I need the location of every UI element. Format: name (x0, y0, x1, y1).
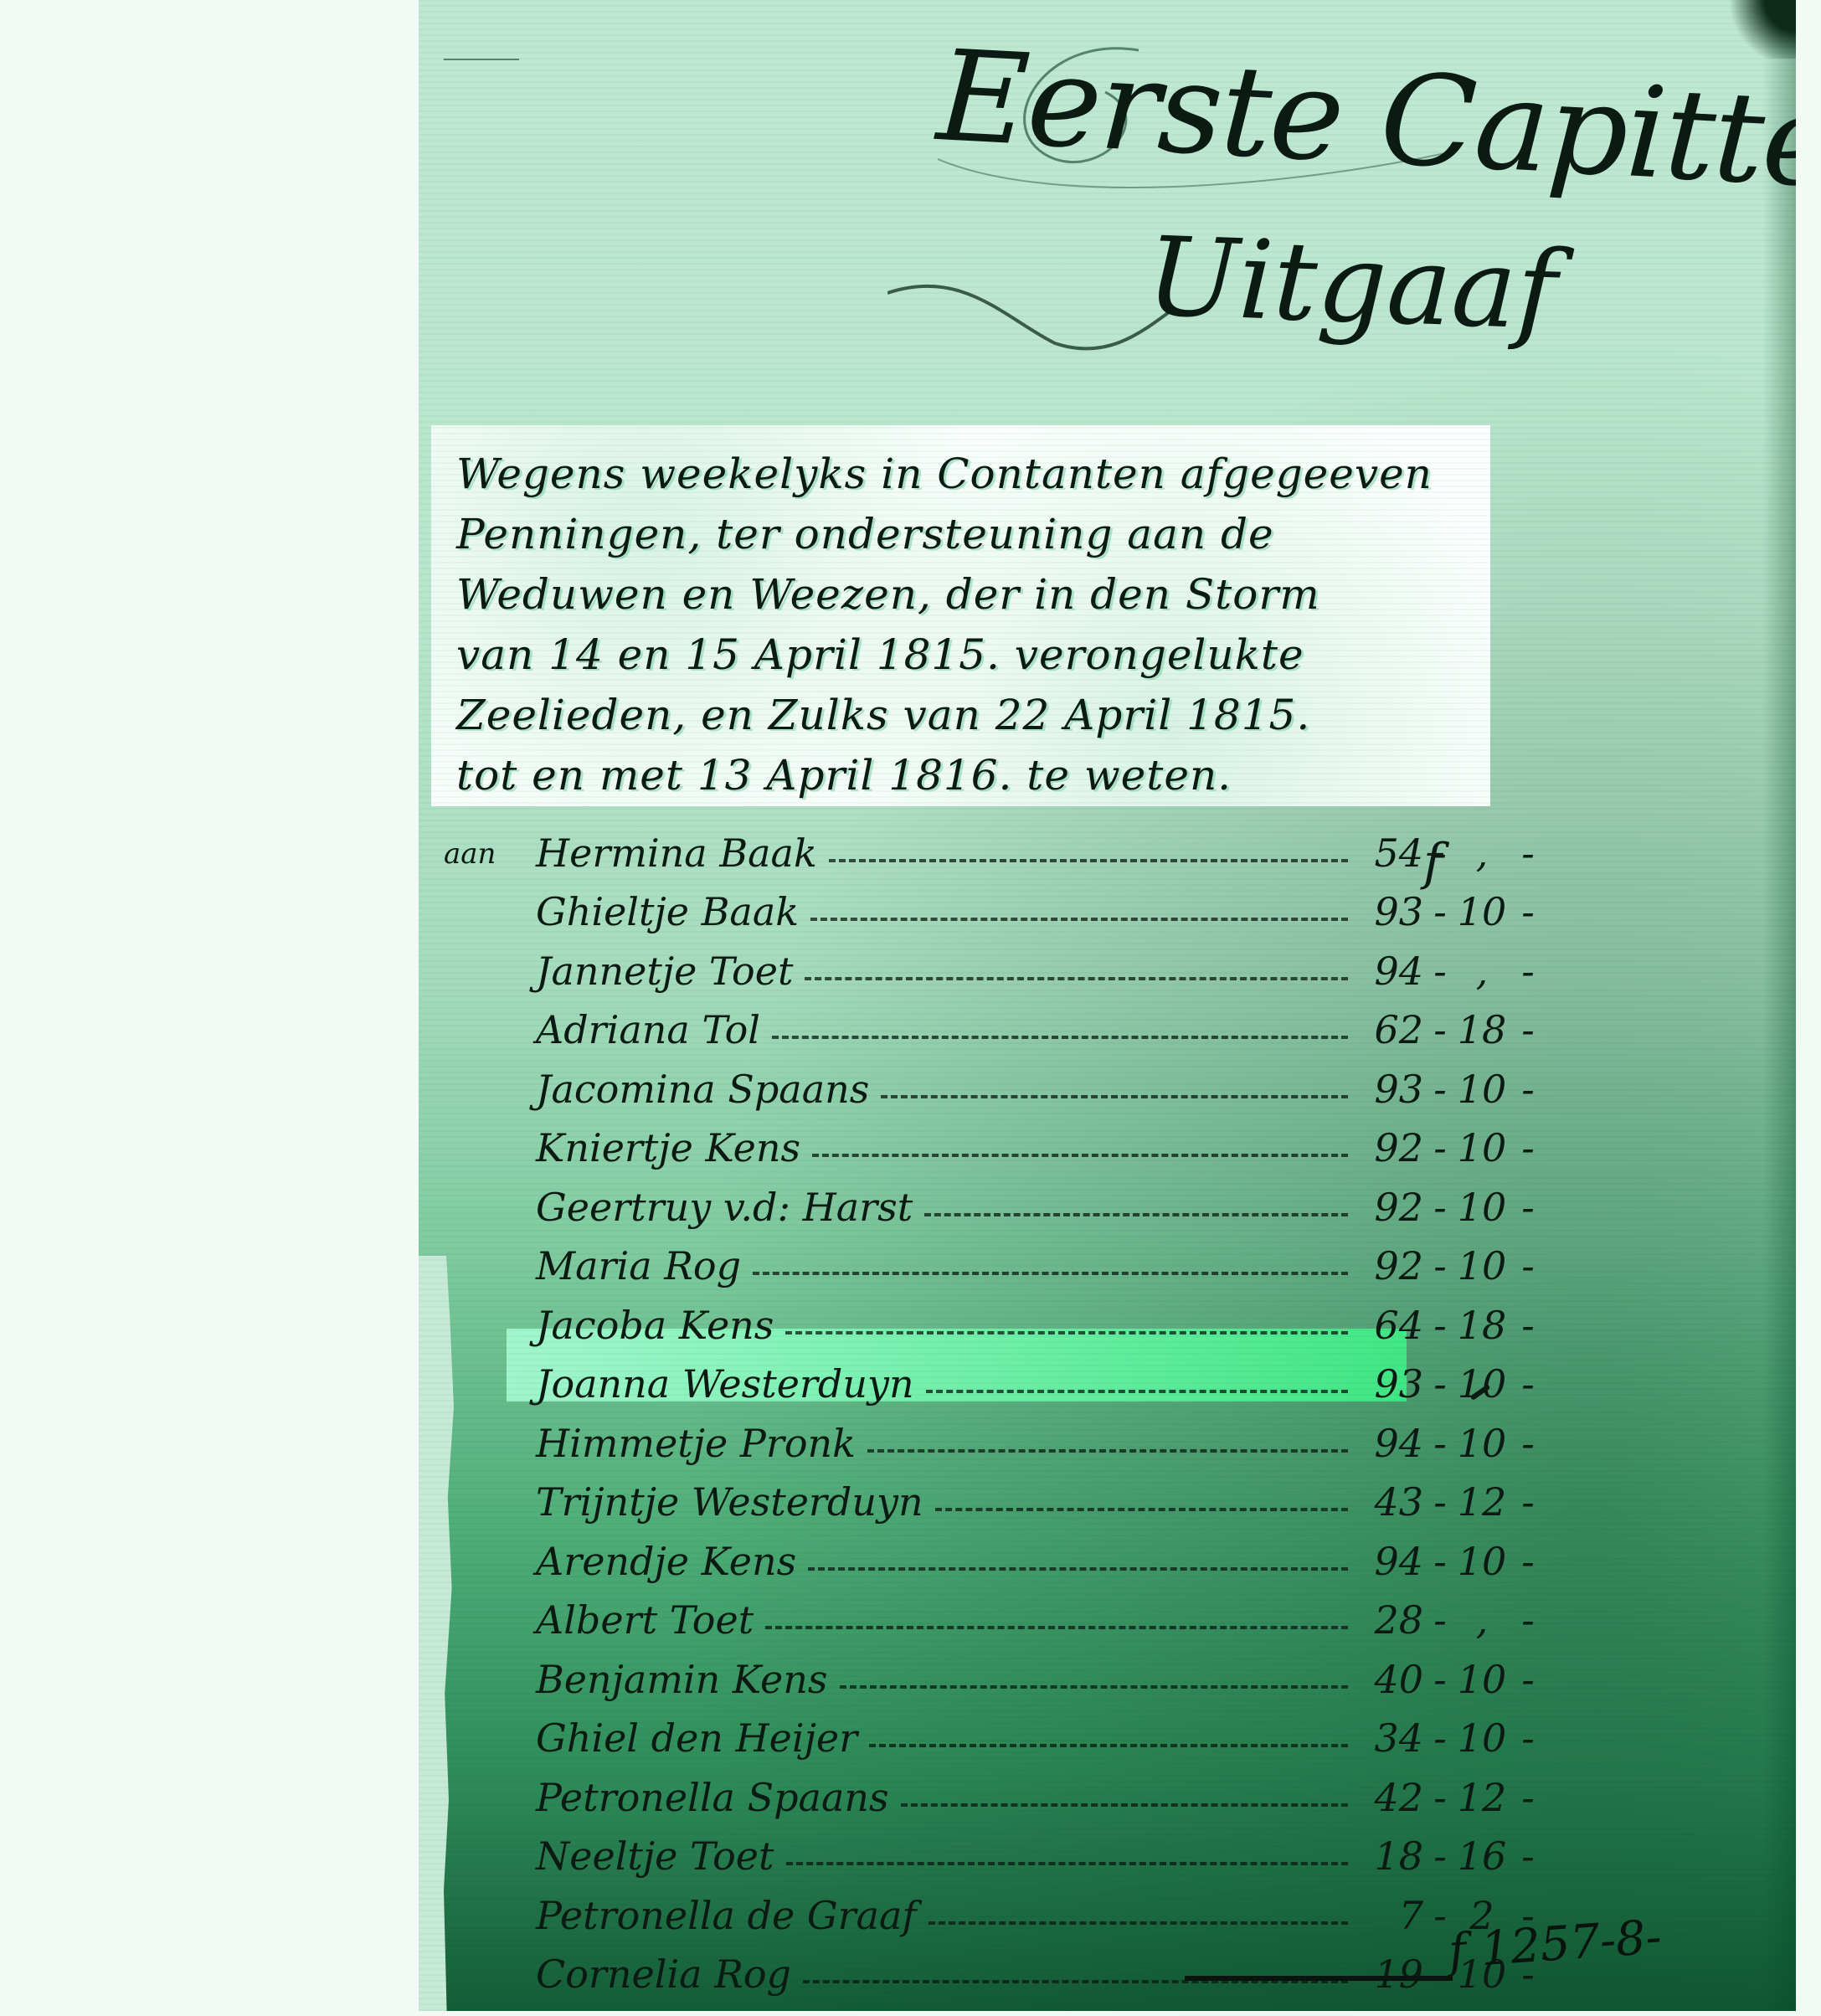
ledger-row: Jacomina Spaans93-10- (444, 1061, 1574, 1120)
recipient-name: Benjamin Kens (536, 1657, 828, 1710)
row-prefix (444, 1815, 502, 1828)
intro-line: Wegens weekelyks in Contanten afgegeeven (456, 444, 1465, 504)
amount-guilders: 28 (1356, 1597, 1423, 1643)
row-prefix (444, 1283, 502, 1297)
amount-separator: - (1423, 1361, 1457, 1407)
recipient-name: Adriana Tol (536, 1007, 760, 1061)
page-corner-shadow (1729, 0, 1796, 59)
row-prefix (444, 989, 502, 1002)
dotted-leader (808, 1567, 1348, 1571)
amount-guilders: 19 (1356, 1952, 1423, 1997)
dotted-leader (765, 1626, 1348, 1629)
amount: 34-10- (1356, 1715, 1574, 1769)
total-rule (1185, 1976, 1453, 1981)
amount-end-dash: - (1507, 949, 1549, 994)
amount-guilders: 92 (1356, 1243, 1423, 1288)
dotted-leader (901, 1803, 1348, 1807)
row-prefix (444, 1461, 502, 1474)
ledger-row: Geertruy v.d: Harst92-10- (444, 1179, 1574, 1238)
intro-line: tot en met 13 April 1816. te weten. (456, 745, 1465, 805)
amount-end-dash: - (1507, 1125, 1549, 1170)
amount-stuivers: , (1457, 831, 1507, 876)
amount-stuivers: , (1457, 1597, 1507, 1643)
recipient-name: Petronella de Graaf (536, 1893, 917, 1947)
amount-separator: - (1423, 1421, 1457, 1466)
amount-end-dash: - (1507, 1303, 1549, 1348)
row-prefix (444, 1638, 502, 1651)
ledger-row: Arendje Kens94-10- (444, 1533, 1574, 1592)
amount: 94-,- (1356, 949, 1574, 1002)
amount-stuivers: , (1457, 949, 1507, 994)
amount: 54-,- (1356, 831, 1574, 884)
intro-line: Zeelieden, en Zulks van 22 April 1815. (456, 685, 1465, 745)
dotted-leader (772, 1036, 1348, 1039)
amount: 93-10- (1356, 1361, 1574, 1415)
amount-separator: - (1423, 1833, 1457, 1879)
amount-stuivers: 16 (1457, 1833, 1507, 1879)
dotted-leader (805, 977, 1348, 980)
amount-stuivers: 10 (1457, 1067, 1507, 1112)
amount-separator: - (1423, 831, 1457, 876)
amount: 93-10- (1356, 1067, 1574, 1120)
dotted-leader (810, 918, 1348, 921)
amount-separator: - (1423, 1775, 1457, 1820)
ledger-row: Ghieltje Baak93-10- (444, 884, 1574, 944)
amount-separator: - (1423, 1715, 1457, 1761)
recipient-name: Geertruy v.d: Harst (536, 1185, 913, 1238)
amount-end-dash: - (1507, 1243, 1549, 1288)
amount-stuivers: 18 (1457, 1007, 1507, 1052)
amount-separator: - (1423, 1007, 1457, 1052)
amount: 64-18- (1356, 1303, 1574, 1356)
amount-end-dash: - (1507, 1715, 1549, 1761)
ledger-row: Petronella Spaans42-12- (444, 1769, 1574, 1828)
amount: 43-12- (1356, 1479, 1574, 1533)
dotted-leader (881, 1095, 1348, 1098)
amount-guilders: 64 (1356, 1303, 1423, 1348)
amount-separator: - (1423, 1185, 1457, 1230)
amount-stuivers: 10 (1457, 889, 1507, 934)
amount-separator: - (1423, 889, 1457, 934)
recipient-name: Joanna Westerduyn (536, 1361, 914, 1415)
margin-rule (444, 59, 519, 60)
recipient-name: Arendje Kens (536, 1539, 796, 1592)
dotted-leader (786, 1862, 1348, 1865)
ledger-row: Joanna Westerduyn93-10- (444, 1356, 1574, 1416)
dotted-leader (926, 1390, 1348, 1393)
row-prefix (444, 1579, 502, 1592)
amount-separator: - (1423, 1243, 1457, 1288)
amount: 92-10- (1356, 1185, 1574, 1238)
dotted-leader (924, 1213, 1348, 1216)
ledger-row: Adriana Tol62-18- (444, 1002, 1574, 1062)
ledger-row: Kniertje Kens92-10- (444, 1120, 1574, 1180)
row-prefix (444, 1225, 502, 1238)
amount-guilders: 34 (1356, 1715, 1423, 1761)
ledger-row: Benjamin Kens40-10- (444, 1651, 1574, 1710)
ledger-row: Trijntje Westerduyn43-12- (444, 1474, 1574, 1534)
recipient-name: Himmetje Pronk (536, 1421, 856, 1474)
ledger-row: Petronella de Graaf7-2- (444, 1887, 1574, 1947)
recipient-name: Maria Rog (536, 1243, 741, 1297)
row-prefix (444, 1756, 502, 1769)
amount-end-dash: - (1507, 1007, 1549, 1052)
amount-guilders: 92 (1356, 1185, 1423, 1230)
row-prefix (444, 1165, 502, 1179)
amount-end-dash: - (1507, 1421, 1549, 1466)
amount-stuivers: 10 (1457, 1715, 1507, 1761)
amount-guilders: 93 (1356, 889, 1423, 934)
recipient-name: Hermina Baak (536, 831, 817, 884)
amount-guilders: 94 (1356, 949, 1423, 994)
amount-end-dash: - (1507, 1657, 1549, 1702)
amount-end-dash: - (1507, 1833, 1549, 1879)
amount-separator: - (1423, 1125, 1457, 1170)
dotted-leader (753, 1272, 1348, 1275)
amount-guilders: 7 (1356, 1893, 1423, 1938)
dotted-leader (840, 1685, 1348, 1689)
amount-guilders: 94 (1356, 1539, 1423, 1584)
amount-separator: - (1423, 1657, 1457, 1702)
amount-stuivers: 18 (1457, 1303, 1507, 1348)
dotted-leader (785, 1331, 1348, 1335)
dotted-leader (929, 1921, 1349, 1925)
amount-guilders: 93 (1356, 1361, 1423, 1407)
amount: 18-16- (1356, 1833, 1574, 1887)
amount: 28-,- (1356, 1597, 1574, 1651)
ledger-row: Albert Toet28-,- (444, 1592, 1574, 1652)
dotted-leader (869, 1744, 1348, 1747)
amount-guilders: 18 (1356, 1833, 1423, 1879)
amount-end-dash: - (1507, 1597, 1549, 1643)
amount: 62-18- (1356, 1007, 1574, 1061)
amount-end-dash: - (1507, 889, 1549, 934)
ledger-row: Neeltje Toet18-16- (444, 1828, 1574, 1888)
recipient-name: Albert Toet (536, 1597, 754, 1651)
amount-guilders: 62 (1356, 1007, 1423, 1052)
amount-end-dash: - (1507, 831, 1549, 876)
amount-guilders: 43 (1356, 1479, 1423, 1525)
recipient-name: Ghieltje Baak (536, 889, 799, 943)
row-prefix (444, 1343, 502, 1356)
amount-end-dash: - (1507, 1539, 1549, 1584)
amount-separator: - (1423, 1539, 1457, 1584)
amount-separator: - (1423, 1597, 1457, 1643)
ledger-row: Jacoba Kens64-18- (444, 1297, 1574, 1356)
ledger-row: aanHermina Baak54-,- (444, 825, 1574, 884)
recipient-name: Cornelia Rog (536, 1952, 791, 2005)
row-prefix (444, 1107, 502, 1120)
amount-stuivers: 10 (1457, 1243, 1507, 1288)
row-prefix (444, 1933, 502, 1947)
row-prefix: aan (444, 837, 502, 884)
intro-line: Penningen, ter ondersteuning aan de (456, 504, 1465, 564)
amount-separator: - (1423, 949, 1457, 994)
amount: 40-10- (1356, 1657, 1574, 1710)
row-prefix (444, 1992, 502, 2005)
manuscript-page: Eerste Capittel van den Uitgaaf Wegens w… (419, 0, 1796, 2011)
amount-stuivers: 12 (1457, 1479, 1507, 1525)
amount: 92-10- (1356, 1243, 1574, 1297)
amount-separator: - (1423, 1067, 1457, 1112)
ledger-row: Maria Rog92-10- (444, 1238, 1574, 1298)
amount-stuivers: 10 (1457, 1125, 1507, 1170)
amount: 93-10- (1356, 889, 1574, 943)
amount-stuivers: 12 (1457, 1775, 1507, 1820)
recipient-name: Jannetje Toet (536, 949, 793, 1002)
row-prefix (444, 1401, 502, 1415)
ledger-row: Himmetje Pronk94-10- (444, 1415, 1574, 1474)
amount-end-dash: - (1507, 1479, 1549, 1525)
amount-end-dash: - (1507, 1067, 1549, 1112)
row-prefix (444, 1047, 502, 1061)
recipient-name: Neeltje Toet (536, 1833, 774, 1887)
chapter-subheading: Uitgaaf (1145, 222, 1559, 345)
row-prefix (444, 929, 502, 943)
ledger-row: Jannetje Toet94-,- (444, 943, 1574, 1002)
row-prefix (444, 1697, 502, 1710)
dotted-leader (829, 859, 1348, 862)
row-prefix (444, 1874, 502, 1887)
ledger-row: Ghiel den Heijer34-10- (444, 1710, 1574, 1770)
recipient-name: Trijntje Westerduyn (536, 1479, 923, 1533)
amount-guilders: 93 (1356, 1067, 1423, 1112)
dotted-leader (935, 1508, 1348, 1511)
amount-stuivers: 10 (1457, 1421, 1507, 1466)
heading-title: Eerste Capittel (934, 23, 1796, 218)
amount-guilders: 92 (1356, 1125, 1423, 1170)
amount-end-dash: - (1507, 1775, 1549, 1820)
recipient-name: Kniertje Kens (536, 1125, 800, 1179)
recipient-name: Petronella Spaans (536, 1775, 889, 1828)
amount: 94-10- (1356, 1421, 1574, 1474)
amount: 92-10- (1356, 1125, 1574, 1179)
amount-guilders: 54 (1356, 831, 1423, 876)
amount: 42-12- (1356, 1775, 1574, 1828)
intro-line: Weduwen en Weezen, der in den Storm (456, 564, 1465, 625)
amount-guilders: 40 (1356, 1657, 1423, 1702)
amount-separator: - (1423, 1303, 1457, 1348)
chapter-heading: Eerste Capittel van den (934, 33, 1796, 221)
row-prefix (444, 1520, 502, 1533)
dotted-leader (812, 1154, 1348, 1157)
amount-separator: - (1423, 1479, 1457, 1525)
amount-guilders: 42 (1356, 1775, 1423, 1820)
ledger-list: f aanHermina Baak54-,-Ghieltje Baak93-10… (444, 825, 1574, 2005)
amount-end-dash: - (1507, 1361, 1549, 1407)
amount-stuivers: 10 (1457, 1657, 1507, 1702)
amount-stuivers: 10 (1457, 1185, 1507, 1230)
intro-text-block: Wegens weekelyks in Contanten afgegeeven… (431, 425, 1490, 806)
recipient-name: Jacomina Spaans (536, 1067, 869, 1120)
intro-line: van 14 en 15 April 1815. verongelukte (456, 625, 1465, 685)
amount-end-dash: - (1507, 1185, 1549, 1230)
amount-stuivers: 10 (1457, 1361, 1507, 1407)
amount-stuivers: 10 (1457, 1539, 1507, 1584)
amount: 94-10- (1356, 1539, 1574, 1592)
dotted-leader (867, 1449, 1348, 1453)
recipient-name: Jacoba Kens (536, 1303, 774, 1356)
recipient-name: Ghiel den Heijer (536, 1715, 857, 1769)
amount-guilders: 94 (1356, 1421, 1423, 1466)
